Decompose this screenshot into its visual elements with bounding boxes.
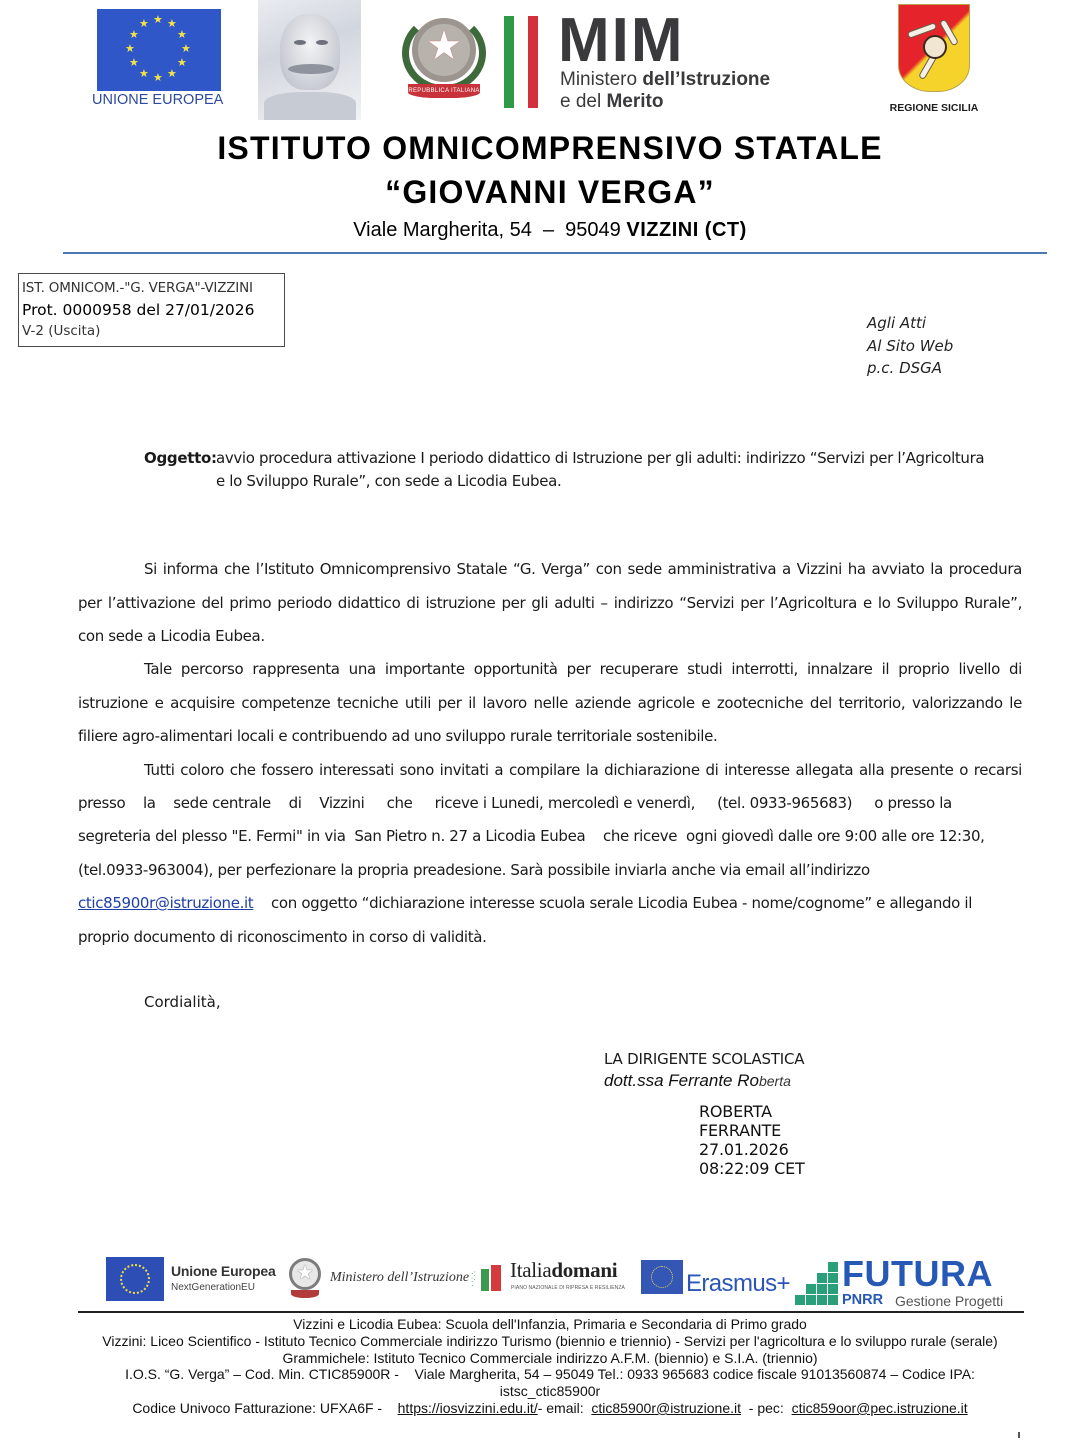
protocol-issuer: IST. OMNICOM.-"G. VERGA"-VIZZINI bbox=[22, 278, 284, 299]
footer-divider bbox=[78, 1311, 1024, 1313]
contact-email-link[interactable]: ctic85900r@istruzione.it bbox=[78, 894, 253, 912]
paragraph-line: (tel.0933-963004), per perfezionare la p… bbox=[78, 859, 1022, 881]
star-icon: ★ bbox=[167, 69, 177, 80]
mim-logo-line1: Ministero dell’Istruzione bbox=[560, 69, 770, 91]
protocol-classification: V-2 (Uscita) bbox=[22, 321, 284, 341]
paragraph-line: con sede a Licodia Eubea. bbox=[78, 625, 1022, 647]
footer-line: Vizzini: Liceo Scientifico - Istituto Te… bbox=[70, 1333, 1030, 1350]
institution-address: Viale Margherita, 54 – 95049 VIZZINI (CT… bbox=[0, 217, 1080, 243]
ngeu-logo-subtitle: NextGenerationEU bbox=[171, 1282, 255, 1293]
star-icon: ★ bbox=[139, 69, 149, 80]
footer-line: Grammichele: Istituto Tecnico Commercial… bbox=[70, 1350, 1030, 1367]
star-icon: ★ bbox=[139, 19, 149, 30]
paragraph-line: segreteria del plesso "E. Fermi" in via … bbox=[78, 825, 1022, 847]
star-icon: ★ bbox=[177, 58, 187, 69]
paragraph-line: filiere agro-alimentari locali e contrib… bbox=[78, 725, 1022, 747]
erasmus-eu-flag bbox=[641, 1260, 683, 1294]
institution-name: “GIOVANNI VERGA” bbox=[0, 172, 1080, 212]
region-logo-label: REGIONE SICILIA bbox=[882, 102, 986, 114]
website-link[interactable]: https://iosvizzini.edu.it/ bbox=[398, 1400, 538, 1416]
header-divider bbox=[63, 252, 1047, 254]
footer-pec-link[interactable]: ctic859oor@pec.istruzione.it bbox=[792, 1400, 968, 1416]
eu-nextgeneration-flag bbox=[106, 1257, 164, 1301]
recipient: Al Sito Web bbox=[867, 335, 953, 358]
italiadomani-flag-icon: ·::·· bbox=[471, 1263, 503, 1293]
footer-line: istsc_ctic85900r bbox=[70, 1383, 1030, 1400]
futura-stairs-icon bbox=[795, 1262, 839, 1306]
sicily-trinacria-shield bbox=[898, 4, 970, 92]
paragraph-line: proprio documento di riconoscimento in c… bbox=[78, 926, 1022, 948]
star-icon: ★ bbox=[125, 44, 135, 55]
paragraph-line: ctic85900r@istruzione.it con oggetto “di… bbox=[78, 892, 1022, 914]
italiadomani-logo: Italiadomani bbox=[510, 1258, 617, 1283]
paragraph-line: Tutti coloro che fossero interessati son… bbox=[144, 759, 1022, 781]
star-icon: ★ bbox=[177, 30, 187, 41]
subject-label: Oggetto: bbox=[144, 447, 217, 469]
recipient: p.c. DSGA bbox=[867, 357, 953, 380]
star-icon: ★ bbox=[153, 73, 163, 84]
recipients-list: Agli Atti Al Sito Web p.c. DSGA bbox=[867, 312, 953, 380]
recipient: Agli Atti bbox=[867, 312, 953, 335]
mim-logo-line2: e del Merito bbox=[560, 91, 663, 113]
emblem-ribbon: REPUBBLICA ITALIANA bbox=[408, 84, 480, 98]
paragraph-line: presso la sede centrale di Vizzini che r… bbox=[78, 792, 1022, 814]
italian-flag-green-bar bbox=[504, 16, 514, 108]
ngeu-logo-title: Unione Europea bbox=[171, 1263, 276, 1279]
footer-line: Vizzini e Licodia Eubea: Scuola dell'Inf… bbox=[70, 1316, 1030, 1333]
star-icon: ★ bbox=[167, 19, 177, 30]
signatory-name: dott.ssa Ferrante Roberta bbox=[604, 1070, 791, 1092]
footer-email-link[interactable]: ctic85900r@istruzione.it bbox=[591, 1400, 741, 1416]
italiadomani-subtitle: PIANO NAZIONALE DI RIPRESA E RESILIENZA bbox=[511, 1285, 625, 1291]
futura-logo: FUTURA bbox=[842, 1255, 993, 1293]
star-icon: ★ bbox=[129, 58, 139, 69]
subject-text: avvio procedura attivazione I periodo di… bbox=[216, 447, 1016, 493]
footer-info: Vizzini e Licodia Eubea: Scuola dell'Inf… bbox=[70, 1316, 1030, 1417]
paragraph-line: istruzione e acquisire competenze tecnic… bbox=[78, 692, 1022, 714]
institution-title: ISTITUTO OMNICOMPRENSIVO STATALE bbox=[0, 128, 1080, 168]
paragraph-line: Si informa che l’Istituto Omnicomprensiv… bbox=[144, 558, 1022, 580]
digital-signature-block: ROBERTA FERRANTE 27.01.2026 08:22:09 CET bbox=[699, 1102, 805, 1178]
star-icon: ★ bbox=[424, 24, 464, 68]
futura-subtitle: Gestione Progetti bbox=[895, 1293, 1003, 1309]
footer-contact-line: Codice Univoco Fatturazione: UFXA6F - ht… bbox=[70, 1400, 1030, 1417]
eu-flag-logo: ★ ★ ★ ★ ★ ★ ★ ★ ★ ★ ★ ★ bbox=[97, 9, 221, 91]
signatory-role: LA DIRIGENTE SCOLASTICA bbox=[604, 1048, 804, 1070]
paragraph-line: per l’attivazione del primo periodo dida… bbox=[78, 592, 1022, 614]
star-icon: ★ bbox=[181, 44, 191, 55]
eu-logo-label: UNIONE EUROPEA bbox=[92, 92, 232, 108]
paragraph-line: Tale percorso rappresenta una importante… bbox=[144, 658, 1022, 680]
page-edge-mark bbox=[1018, 1432, 1020, 1438]
ministry-emblem-icon: ★ bbox=[287, 1256, 323, 1300]
footer-line: I.O.S. “G. Verga” – Cod. Min. CTIC85900R… bbox=[70, 1366, 1030, 1383]
gorgon-head-icon bbox=[923, 35, 947, 59]
star-icon: ★ bbox=[129, 30, 139, 41]
protocol-number: Prot. 0000958 del 27/01/2026 bbox=[22, 299, 284, 321]
verga-portrait bbox=[258, 0, 361, 120]
italian-republic-emblem: ★ REPUBBLICA ITALIANA bbox=[402, 14, 486, 106]
mim-logo-acronym: MIM bbox=[558, 6, 685, 76]
closing-salutation: Cordialità, bbox=[144, 991, 221, 1013]
protocol-stamp: IST. OMNICOM.-"G. VERGA"-VIZZINI Prot. 0… bbox=[18, 273, 285, 347]
futura-pnrr-label: PNRR bbox=[842, 1292, 883, 1308]
ministry-script-logo: Ministero dell’Istruzione bbox=[330, 1270, 469, 1286]
erasmus-logo: Erasmus+ bbox=[686, 1270, 790, 1298]
italian-flag-red-bar bbox=[528, 16, 538, 108]
star-icon: ★ bbox=[153, 15, 163, 26]
